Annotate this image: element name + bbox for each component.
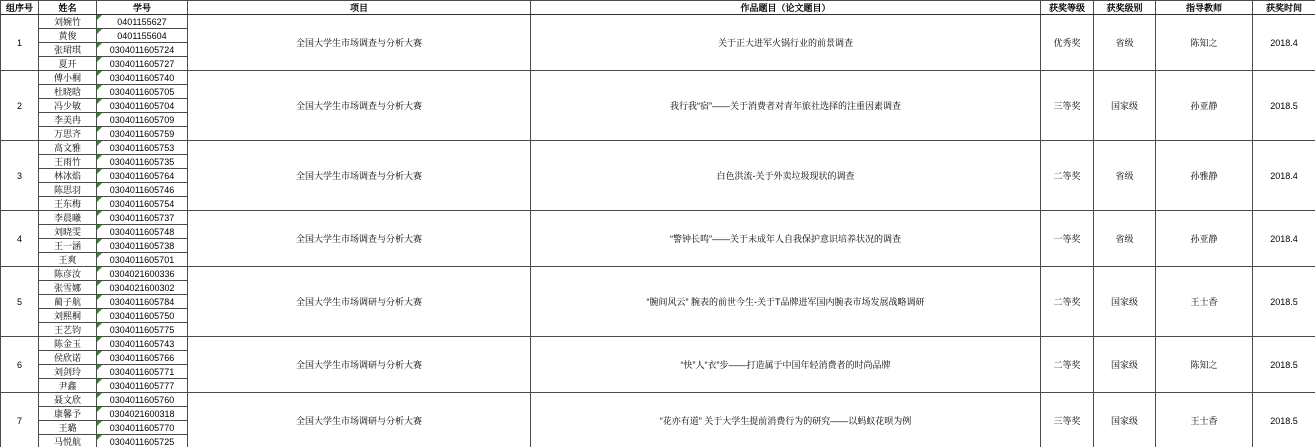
title-cell-text: 关于正大进军火锅行业的前景调查 xyxy=(718,38,853,48)
member-name-cell-text: 冯少敏 xyxy=(54,101,81,111)
award-level-cell-text: 国家级 xyxy=(1111,101,1138,111)
member-name-cell[interactable]: 康馨予 xyxy=(39,407,97,421)
project-cell[interactable]: 全国大学生市场调研与分析大赛 xyxy=(188,267,531,337)
table-row: 7聂文欣0304011605760全国大学生市场调研与分析大赛“花亦有道” 关于… xyxy=(1,393,1315,407)
group-number-cell-text: 1 xyxy=(17,38,22,48)
member-name-cell[interactable]: 陈思羽 xyxy=(39,183,97,197)
table-row: 2傅小桐0304011605740全国大学生市场调查与分析大赛我行我“宿”——关… xyxy=(1,71,1315,85)
member-name-cell[interactable]: 张珺琪 xyxy=(39,43,97,57)
title-cell[interactable]: 我行我“宿”——关于消费者对青年旅社选择的注重因素调查 xyxy=(531,71,1041,141)
award-time-cell-text: 2018.4 xyxy=(1270,38,1298,48)
member-name-cell[interactable]: 蔺子航 xyxy=(39,295,97,309)
member-name-cell[interactable]: 王艺钧 xyxy=(39,323,97,337)
student-id-cell[interactable]: 0304011605701 xyxy=(97,253,188,267)
number-stored-as-text-indicator-icon xyxy=(97,71,102,76)
number-stored-as-text-indicator-icon xyxy=(97,183,102,188)
group-number-cell-text: 5 xyxy=(17,297,22,307)
advisor-cell-text: 陈知之 xyxy=(1190,360,1217,370)
member-name-cell[interactable]: 杜晓晗 xyxy=(39,85,97,99)
awards-table: 组序号 姓名 学号 项目 作品题目（论文题目） 获奖等级 获奖级别 指导教师 获… xyxy=(0,0,1315,447)
award-time-cell-text: 2018.5 xyxy=(1270,360,1298,370)
number-stored-as-text-indicator-icon xyxy=(97,29,102,34)
award-level-cell[interactable]: 国家级 xyxy=(1094,267,1156,337)
project-cell[interactable]: 全国大学生市场调查与分析大赛 xyxy=(188,211,531,267)
student-id-cell[interactable]: 0304011605784 xyxy=(97,295,188,309)
member-name-cell-text: 杜晓晗 xyxy=(54,87,81,97)
award-time-cell-text: 2018.5 xyxy=(1270,297,1298,307)
member-name-cell[interactable]: 刘剑玲 xyxy=(39,365,97,379)
student-id-cell-text: 0304011605724 xyxy=(110,45,174,55)
number-stored-as-text-indicator-icon xyxy=(97,43,102,48)
header-title[interactable]: 作品题目（论文题目） xyxy=(531,1,1041,15)
number-stored-as-text-indicator-icon xyxy=(97,253,102,258)
group-number-cell[interactable]: 5 xyxy=(1,267,39,337)
member-name-cell-text: 万思齐 xyxy=(54,129,81,139)
student-id-cell[interactable]: 0304011605777 xyxy=(97,379,188,393)
header-award-grade[interactable]: 获奖等级 xyxy=(1041,1,1094,15)
project-cell-text: 全国大学生市场调查与分析大赛 xyxy=(296,38,422,48)
student-id-cell[interactable]: 0304011605704 xyxy=(97,99,188,113)
student-id-cell[interactable]: 0304011605737 xyxy=(97,211,188,225)
number-stored-as-text-indicator-icon xyxy=(97,407,102,412)
student-id-cell-text: 0304011605753 xyxy=(110,143,174,153)
member-name-cell[interactable]: 刘婉竹 xyxy=(39,15,97,29)
project-cell-text: 全国大学生市场调查与分析大赛 xyxy=(296,234,422,244)
award-level-cell[interactable]: 省级 xyxy=(1094,15,1156,71)
member-name-cell[interactable]: 冯少敏 xyxy=(39,99,97,113)
student-id-cell[interactable]: 0304011605727 xyxy=(97,57,188,71)
member-name-cell-text: 蔺子航 xyxy=(54,297,81,307)
header-project[interactable]: 项目 xyxy=(188,1,531,15)
number-stored-as-text-indicator-icon xyxy=(97,99,102,104)
student-id-cell-text: 0304011605766 xyxy=(110,353,174,363)
student-id-cell-text: 0304011605743 xyxy=(110,339,174,349)
student-id-cell-text: 0304011605705 xyxy=(110,87,174,97)
student-id-cell[interactable]: 0304011605735 xyxy=(97,155,188,169)
student-id-cell-text: 0304011605777 xyxy=(110,381,174,391)
award-level-cell[interactable]: 省级 xyxy=(1094,211,1156,267)
member-name-cell[interactable]: 王一涵 xyxy=(39,239,97,253)
member-name-cell[interactable]: 刘晓雯 xyxy=(39,225,97,239)
group-number-cell[interactable]: 1 xyxy=(1,15,39,71)
student-id-cell[interactable]: 0304011605753 xyxy=(97,141,188,155)
student-id-cell[interactable]: 0304011605738 xyxy=(97,239,188,253)
student-id-cell-text: 0304011605727 xyxy=(110,59,174,69)
member-name-cell[interactable]: 王璐 xyxy=(39,421,97,435)
table-row: 1刘婉竹0401155627全国大学生市场调查与分析大赛关于正大进军火锅行业的前… xyxy=(1,15,1315,29)
student-id-cell[interactable]: 0304011605725 xyxy=(97,435,188,447)
student-id-cell[interactable]: 0304011605775 xyxy=(97,323,188,337)
title-cell-text: 白色洪流-关于外卖垃圾现状的调查 xyxy=(717,171,855,181)
award-level-cell[interactable]: 国家级 xyxy=(1094,337,1156,393)
member-name-cell-text: 尹鑫 xyxy=(58,381,76,391)
member-name-cell-text: 刘晓雯 xyxy=(54,227,81,237)
student-id-cell-text: 0304011605754 xyxy=(110,199,174,209)
student-id-cell-text: 0304011605740 xyxy=(110,73,174,83)
member-name-cell[interactable]: 夏开 xyxy=(39,57,97,71)
member-name-cell[interactable]: 陈彦汝 xyxy=(39,267,97,281)
number-stored-as-text-indicator-icon xyxy=(97,211,102,216)
group-number-cell-text: 4 xyxy=(17,234,22,244)
group-number-cell-text: 6 xyxy=(17,360,22,370)
spreadsheet: 组序号 姓名 学号 项目 作品题目（论文题目） 获奖等级 获奖级别 指导教师 获… xyxy=(0,0,1315,447)
number-stored-as-text-indicator-icon xyxy=(97,169,102,174)
student-id-cell[interactable]: 0304011605746 xyxy=(97,183,188,197)
project-cell-text: 全国大学生市场调研与分析大赛 xyxy=(296,297,422,307)
student-id-cell-text: 0304011605746 xyxy=(110,185,174,195)
title-cell-text: “腕间风云” 腕表的前世今生-关于T品牌进军国内腕表市场发展战略调研 xyxy=(647,297,925,307)
award-time-cell[interactable]: 2018.4 xyxy=(1253,141,1315,211)
member-name-cell[interactable]: 李晨曦 xyxy=(39,211,97,225)
header-row: 组序号 姓名 学号 项目 作品题目（论文题目） 获奖等级 获奖级别 指导教师 获… xyxy=(1,1,1315,15)
student-id-cell-text: 0304011605725 xyxy=(110,437,174,447)
member-name-cell-text: 马悦航 xyxy=(54,437,81,447)
member-name-cell[interactable]: 万思齐 xyxy=(39,127,97,141)
number-stored-as-text-indicator-icon xyxy=(97,337,102,342)
award-grade-cell-text: 二等奖 xyxy=(1053,297,1080,307)
title-cell[interactable]: “腕间风云” 腕表的前世今生-关于T品牌进军国内腕表市场发展战略调研 xyxy=(531,267,1041,337)
student-id-cell-text: 0304011605704 xyxy=(110,101,174,111)
student-id-cell-text: 0304011605775 xyxy=(110,325,174,335)
student-id-cell[interactable]: 0304011605771 xyxy=(97,365,188,379)
number-stored-as-text-indicator-icon xyxy=(97,323,102,328)
member-name-cell[interactable]: 王雨竹 xyxy=(39,155,97,169)
award-time-cell[interactable]: 2018.4 xyxy=(1253,15,1315,71)
student-id-cell[interactable]: 0304011605760 xyxy=(97,393,188,407)
title-cell[interactable]: 白色洪流-关于外卖垃圾现状的调查 xyxy=(531,141,1041,211)
title-cell-text: “快”人“衣”步——打造属于中国年轻消费者的时尚品牌 xyxy=(681,360,891,370)
award-grade-cell[interactable]: 二等奖 xyxy=(1041,141,1094,211)
award-level-cell-text: 省级 xyxy=(1115,38,1133,48)
award-time-cell[interactable]: 2018.5 xyxy=(1253,393,1315,447)
member-name-cell-text: 刘熙桐 xyxy=(54,311,81,321)
number-stored-as-text-indicator-icon xyxy=(97,393,102,398)
member-name-cell-text: 李美冉 xyxy=(54,115,81,125)
advisor-cell-text: 王士香 xyxy=(1190,297,1217,307)
group-number-cell-text: 7 xyxy=(17,416,22,426)
header-award-level[interactable]: 获奖级别 xyxy=(1094,1,1156,15)
number-stored-as-text-indicator-icon xyxy=(97,141,102,146)
student-id-cell-text: 0304021600302 xyxy=(109,283,174,293)
advisor-cell[interactable]: 陈知之 xyxy=(1156,15,1253,71)
award-grade-cell[interactable]: 优秀奖 xyxy=(1041,15,1094,71)
student-id-cell-text: 0304011605771 xyxy=(110,367,174,377)
number-stored-as-text-indicator-icon xyxy=(97,295,102,300)
award-grade-cell[interactable]: 三等奖 xyxy=(1041,393,1094,447)
member-name-cell[interactable]: 张雪娜 xyxy=(39,281,97,295)
student-id-cell[interactable]: 0304011605766 xyxy=(97,351,188,365)
number-stored-as-text-indicator-icon xyxy=(97,127,102,132)
advisor-cell[interactable]: 王士香 xyxy=(1156,393,1253,447)
number-stored-as-text-indicator-icon xyxy=(97,155,102,160)
member-name-cell-text: 王雨竹 xyxy=(54,157,81,167)
student-id-cell[interactable]: 0304021600318 xyxy=(97,407,188,421)
project-cell-text: 全国大学生市场调研与分析大赛 xyxy=(296,416,422,426)
title-cell[interactable]: “快”人“衣”步——打造属于中国年轻消费者的时尚品牌 xyxy=(531,337,1041,393)
award-level-cell-text: 省级 xyxy=(1115,234,1133,244)
advisor-cell-text: 孙雅静 xyxy=(1190,171,1217,181)
title-cell[interactable]: “花亦有道” 关于大学生提前消费行为的研究——以蚂蚁花呗为例 xyxy=(531,393,1041,447)
member-name-cell-text: 陈思羽 xyxy=(54,185,81,195)
group-number-cell-text: 3 xyxy=(17,171,22,181)
member-name-cell[interactable]: 林冰焰 xyxy=(39,169,97,183)
student-id-cell[interactable]: 0304011605770 xyxy=(97,421,188,435)
number-stored-as-text-indicator-icon xyxy=(97,57,102,62)
award-time-cell[interactable]: 2018.5 xyxy=(1253,337,1315,393)
student-id-cell-text: 0401155604 xyxy=(117,31,166,41)
student-id-cell-text: 0304011605759 xyxy=(110,129,174,139)
advisor-cell[interactable]: 王士香 xyxy=(1156,267,1253,337)
project-cell[interactable]: 全国大学生市场调查与分析大赛 xyxy=(188,141,531,211)
member-name-cell-text: 黄俊 xyxy=(58,31,76,41)
student-id-cell-text: 0304011605784 xyxy=(110,297,174,307)
student-id-cell-text: 0304011605748 xyxy=(110,227,174,237)
student-id-cell[interactable]: 0304011605750 xyxy=(97,309,188,323)
student-id-cell-text: 0304011605735 xyxy=(110,157,174,167)
student-id-cell[interactable]: 0304011605743 xyxy=(97,337,188,351)
student-id-cell[interactable]: 0401155627 xyxy=(97,15,188,29)
member-name-cell[interactable]: 马悦航 xyxy=(39,435,97,447)
award-level-cell[interactable]: 国家级 xyxy=(1094,71,1156,141)
member-name-cell-text: 王艺钧 xyxy=(54,325,81,335)
advisor-cell-text: 陈知之 xyxy=(1190,38,1217,48)
award-level-cell-text: 省级 xyxy=(1115,171,1133,181)
student-id-cell[interactable]: 0304011605709 xyxy=(97,113,188,127)
advisor-cell-text: 孙亚静 xyxy=(1190,234,1217,244)
title-cell[interactable]: 关于正大进军火锅行业的前景调查 xyxy=(531,15,1041,71)
member-name-cell-text: 傅小桐 xyxy=(54,73,81,83)
award-grade-cell[interactable]: 一等奖 xyxy=(1041,211,1094,267)
award-time-cell-text: 2018.5 xyxy=(1270,416,1298,426)
group-number-cell[interactable]: 7 xyxy=(1,393,39,447)
advisor-cell[interactable]: 陈知之 xyxy=(1156,337,1253,393)
member-name-cell-text: 王璐 xyxy=(58,423,76,433)
student-id-cell-text: 0304011605701 xyxy=(110,255,174,265)
number-stored-as-text-indicator-icon xyxy=(97,351,102,356)
award-time-cell[interactable]: 2018.5 xyxy=(1253,71,1315,141)
title-cell[interactable]: “警钟长鸣”——关于未成年人自我保护意识培养状况的调查 xyxy=(531,211,1041,267)
member-name-cell[interactable]: 陈金玉 xyxy=(39,337,97,351)
student-id-cell-text: 0304011605760 xyxy=(110,395,174,405)
group-number-cell[interactable]: 4 xyxy=(1,211,39,267)
number-stored-as-text-indicator-icon xyxy=(97,365,102,370)
project-cell-text: 全国大学生市场调研与分析大赛 xyxy=(296,360,422,370)
student-id-cell[interactable]: 0304011605764 xyxy=(97,169,188,183)
table-row: 4李晨曦0304011605737全国大学生市场调查与分析大赛“警钟长鸣”——关… xyxy=(1,211,1315,225)
member-name-cell[interactable]: 尹鑫 xyxy=(39,379,97,393)
advisor-cell[interactable]: 孙雅静 xyxy=(1156,141,1253,211)
student-id-cell[interactable]: 0304021600302 xyxy=(97,281,188,295)
member-name-cell[interactable]: 王爽 xyxy=(39,253,97,267)
group-number-cell[interactable]: 6 xyxy=(1,337,39,393)
header-group-no[interactable]: 组序号 xyxy=(1,1,39,15)
member-name-cell-text: 张雪娜 xyxy=(54,283,81,293)
student-id-cell[interactable]: 0304011605754 xyxy=(97,197,188,211)
member-name-cell-text: 王一涵 xyxy=(54,241,81,251)
project-cell[interactable]: 全国大学生市场调研与分析大赛 xyxy=(188,337,531,393)
student-id-cell-text: 0304011605738 xyxy=(110,241,174,251)
student-id-cell-text: 0304011605750 xyxy=(110,311,174,321)
student-id-cell[interactable]: 0304011605724 xyxy=(97,43,188,57)
number-stored-as-text-indicator-icon xyxy=(97,239,102,244)
project-cell[interactable]: 全国大学生市场调查与分析大赛 xyxy=(188,71,531,141)
number-stored-as-text-indicator-icon xyxy=(97,435,102,440)
advisor-cell[interactable]: 孙亚静 xyxy=(1156,71,1253,141)
member-name-cell-text: 陈彦汝 xyxy=(54,269,81,279)
member-name-cell-text: 王东梅 xyxy=(54,199,81,209)
project-cell[interactable]: 全国大学生市场调查与分析大赛 xyxy=(188,15,531,71)
member-name-cell-text: 林冰焰 xyxy=(54,171,81,181)
award-level-cell-text: 国家级 xyxy=(1111,360,1138,370)
award-grade-cell-text: 三等奖 xyxy=(1053,416,1080,426)
award-time-cell[interactable]: 2018.5 xyxy=(1253,267,1315,337)
award-grade-cell-text: 一等奖 xyxy=(1053,234,1080,244)
awards-table-body: 1刘婉竹0401155627全国大学生市场调查与分析大赛关于正大进军火锅行业的前… xyxy=(1,15,1315,447)
number-stored-as-text-indicator-icon xyxy=(97,197,102,202)
member-name-cell[interactable]: 刘熙桐 xyxy=(39,309,97,323)
award-grade-cell[interactable]: 三等奖 xyxy=(1041,71,1094,141)
student-id-cell-text: 0304021600336 xyxy=(109,269,174,279)
student-id-cell-text: 0401155627 xyxy=(117,17,166,27)
number-stored-as-text-indicator-icon xyxy=(97,421,102,426)
number-stored-as-text-indicator-icon xyxy=(97,379,102,384)
group-number-cell[interactable]: 3 xyxy=(1,141,39,211)
award-grade-cell-text: 优秀奖 xyxy=(1053,38,1080,48)
award-grade-cell-text: 二等奖 xyxy=(1053,360,1080,370)
award-level-cell[interactable]: 国家级 xyxy=(1094,393,1156,447)
award-grade-cell[interactable]: 二等奖 xyxy=(1041,337,1094,393)
member-name-cell-text: 康馨予 xyxy=(54,409,81,419)
member-name-cell-text: 王爽 xyxy=(58,255,76,265)
student-id-cell-text: 0304021600318 xyxy=(109,409,174,419)
number-stored-as-text-indicator-icon xyxy=(97,267,102,272)
header-name[interactable]: 姓名 xyxy=(39,1,97,15)
member-name-cell-text: 夏开 xyxy=(58,59,76,69)
title-cell-text: 我行我“宿”——关于消费者对青年旅社选择的注重因素调查 xyxy=(670,101,901,111)
award-grade-cell-text: 二等奖 xyxy=(1053,171,1080,181)
number-stored-as-text-indicator-icon xyxy=(97,225,102,230)
student-id-cell[interactable]: 0304021600336 xyxy=(97,267,188,281)
number-stored-as-text-indicator-icon xyxy=(97,309,102,314)
student-id-cell[interactable]: 0401155604 xyxy=(97,29,188,43)
title-cell-text: “花亦有道” 关于大学生提前消费行为的研究——以蚂蚁花呗为例 xyxy=(660,416,912,426)
award-grade-cell-text: 三等奖 xyxy=(1053,101,1080,111)
number-stored-as-text-indicator-icon xyxy=(97,15,102,20)
student-id-cell[interactable]: 0304011605748 xyxy=(97,225,188,239)
member-name-cell-text: 高文雅 xyxy=(54,143,81,153)
project-cell[interactable]: 全国大学生市场调研与分析大赛 xyxy=(188,393,531,447)
number-stored-as-text-indicator-icon xyxy=(97,113,102,118)
number-stored-as-text-indicator-icon xyxy=(97,281,102,286)
header-student-id[interactable]: 学号 xyxy=(97,1,188,15)
member-name-cell-text: 刘剑玲 xyxy=(54,367,81,377)
number-stored-as-text-indicator-icon xyxy=(97,85,102,90)
member-name-cell-text: 侯欣诺 xyxy=(54,353,81,363)
header-award-time[interactable]: 获奖时间 xyxy=(1253,1,1315,15)
group-number-cell-text: 2 xyxy=(17,101,22,111)
student-id-cell[interactable]: 0304011605705 xyxy=(97,85,188,99)
advisor-cell[interactable]: 孙亚静 xyxy=(1156,211,1253,267)
member-name-cell[interactable]: 王东梅 xyxy=(39,197,97,211)
member-name-cell[interactable]: 李美冉 xyxy=(39,113,97,127)
header-advisor[interactable]: 指导教师 xyxy=(1156,1,1253,15)
award-time-cell-text: 2018.4 xyxy=(1270,234,1298,244)
member-name-cell-text: 陈金玉 xyxy=(54,339,81,349)
member-name-cell[interactable]: 傅小桐 xyxy=(39,71,97,85)
award-time-cell[interactable]: 2018.4 xyxy=(1253,211,1315,267)
member-name-cell-text: 聂文欣 xyxy=(54,395,81,405)
award-time-cell-text: 2018.4 xyxy=(1270,171,1298,181)
project-cell-text: 全国大学生市场调查与分析大赛 xyxy=(296,101,422,111)
member-name-cell-text: 张珺琪 xyxy=(54,45,81,55)
title-cell-text: “警钟长鸣”——关于未成年人自我保护意识培养状况的调查 xyxy=(670,234,901,244)
student-id-cell-text: 0304011605709 xyxy=(110,115,174,125)
member-name-cell-text: 刘婉竹 xyxy=(54,17,81,27)
table-row: 5陈彦汝0304021600336全国大学生市场调研与分析大赛“腕间风云” 腕表… xyxy=(1,267,1315,281)
award-level-cell-text: 国家级 xyxy=(1111,416,1138,426)
student-id-cell-text: 0304011605764 xyxy=(110,171,174,181)
member-name-cell[interactable]: 黄俊 xyxy=(39,29,97,43)
advisor-cell-text: 孙亚静 xyxy=(1190,101,1217,111)
award-level-cell-text: 国家级 xyxy=(1111,297,1138,307)
group-number-cell[interactable]: 2 xyxy=(1,71,39,141)
student-id-cell-text: 0304011605737 xyxy=(110,213,174,223)
member-name-cell[interactable]: 侯欣诺 xyxy=(39,351,97,365)
table-row: 6陈金玉0304011605743全国大学生市场调研与分析大赛“快”人“衣”步—… xyxy=(1,337,1315,351)
student-id-cell[interactable]: 0304011605740 xyxy=(97,71,188,85)
advisor-cell-text: 王士香 xyxy=(1190,416,1217,426)
award-time-cell-text: 2018.5 xyxy=(1270,101,1298,111)
table-row: 3高文雅0304011605753全国大学生市场调查与分析大赛白色洪流-关于外卖… xyxy=(1,141,1315,155)
student-id-cell-text: 0304011605770 xyxy=(110,423,174,433)
member-name-cell[interactable]: 高文雅 xyxy=(39,141,97,155)
award-level-cell[interactable]: 省级 xyxy=(1094,141,1156,211)
student-id-cell[interactable]: 0304011605759 xyxy=(97,127,188,141)
project-cell-text: 全国大学生市场调查与分析大赛 xyxy=(296,171,422,181)
member-name-cell[interactable]: 聂文欣 xyxy=(39,393,97,407)
member-name-cell-text: 李晨曦 xyxy=(54,213,81,223)
award-grade-cell[interactable]: 二等奖 xyxy=(1041,267,1094,337)
